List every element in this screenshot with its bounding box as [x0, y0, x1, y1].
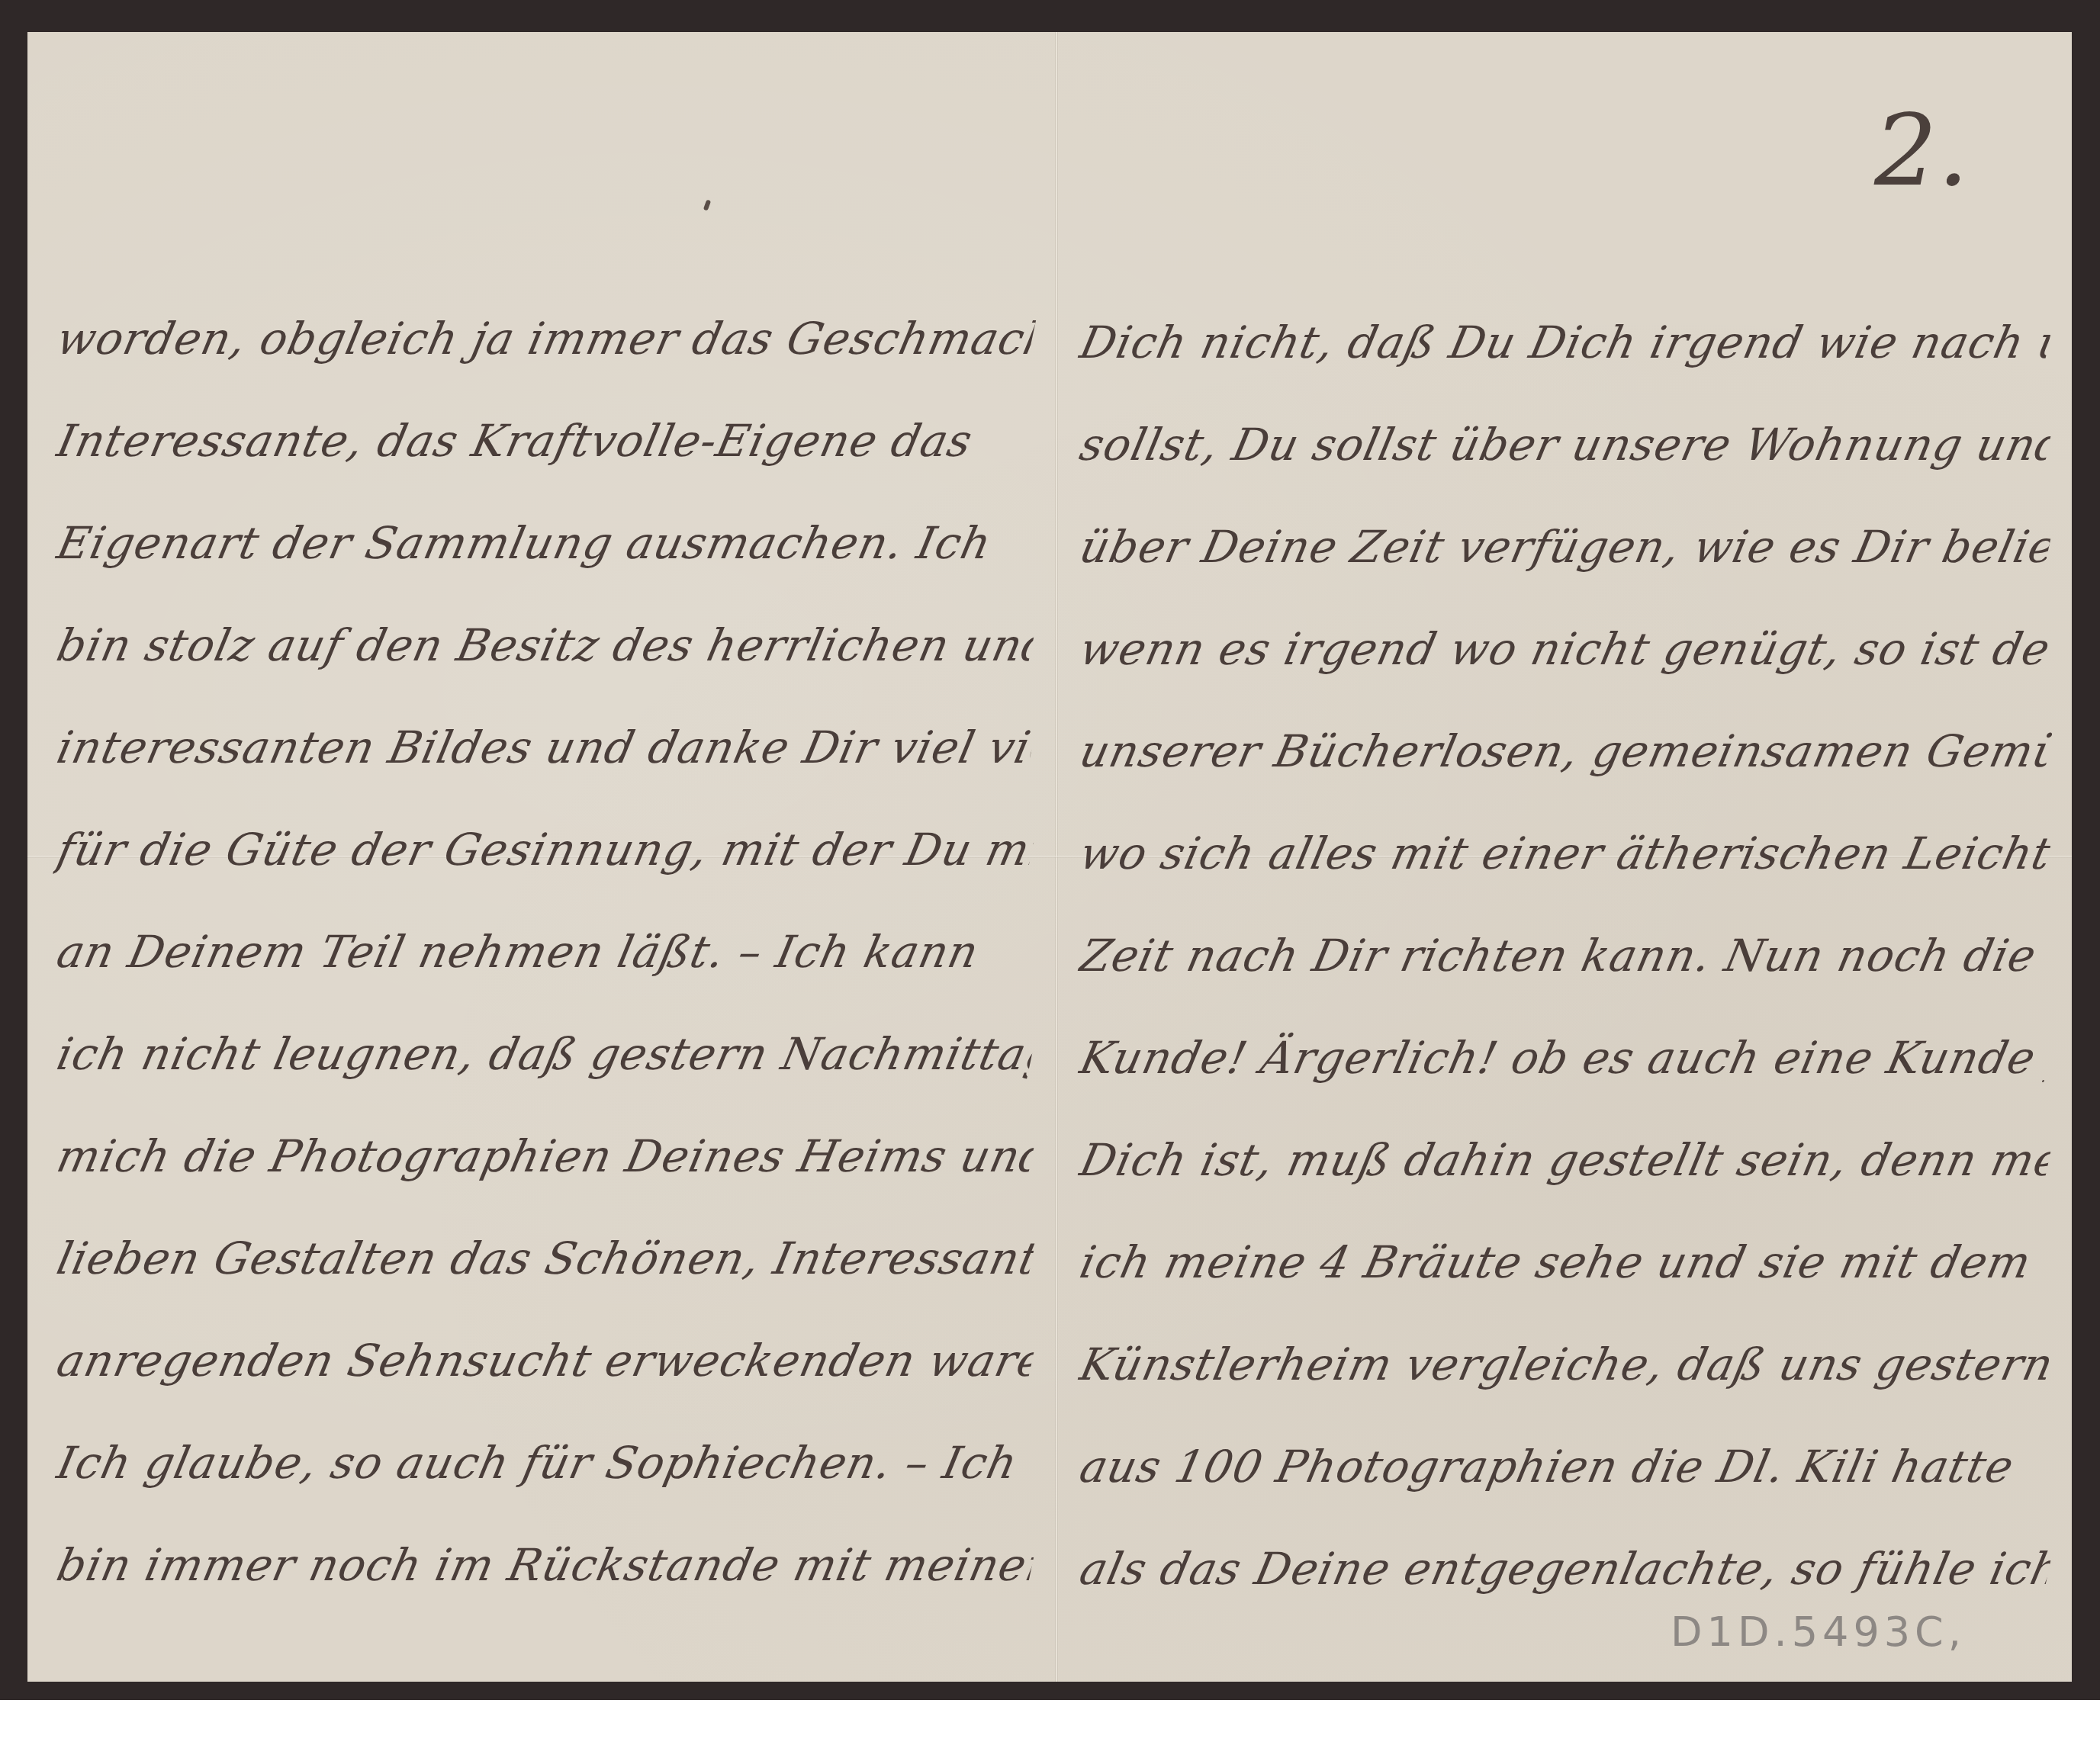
handwritten-line: Ich glaube, so auch für Sophiechen. – Ic…: [47, 1412, 1043, 1514]
handwritten-line: Interessante, das Kraftvolle-Eigene das: [47, 390, 1043, 492]
right-page-text: Dich nicht, daß Du Dich irgend wie nach …: [1081, 291, 2049, 1620]
handwritten-line: Dich ist, muß dahin gestellt sein, denn …: [1070, 1109, 2060, 1211]
handwritten-line: bin immer noch im Rückstande mit meinem: [47, 1514, 1043, 1616]
handwritten-line: Kunde! Ärgerlich! ob es auch eine Kunde …: [1070, 1007, 2060, 1109]
handwritten-line: mich die Photographien Deines Heims und …: [47, 1105, 1043, 1207]
handwritten-line: als das Deine entgegenlachte, so fühle i…: [1070, 1518, 2060, 1620]
handwritten-line: wenn es irgend wo nicht genügt, so ist d…: [1070, 598, 2060, 700]
handwritten-line: bin stolz auf den Besitz des herrlichen …: [47, 594, 1043, 696]
left-page: worden, obgleich ja immer das Geschmackv…: [27, 32, 1055, 1682]
letter-sheet: worden, obgleich ja immer das Geschmackv…: [27, 32, 2072, 1682]
handwritten-line: sollst, Du sollst über unsere Wohnung un…: [1070, 394, 2060, 496]
handwritten-line: Künstlerheim vergleiche, daß uns gestern: [1070, 1313, 2060, 1416]
page-number: 2.: [1874, 101, 1969, 200]
handwritten-line: anregenden Sehnsucht erweckenden waren!: [47, 1310, 1043, 1412]
left-page-text: worden, obgleich ja immer das Geschmackv…: [58, 288, 1032, 1616]
handwritten-line: aus 100 Photographien die Dl. Kili hatte: [1070, 1416, 2060, 1518]
handwritten-line: lieben Gestalten das Schönen, Interessan…: [47, 1207, 1043, 1310]
handwritten-line: ich nicht leugnen, daß gestern Nachmitta…: [47, 1003, 1043, 1105]
handwritten-line: an Deinem Teil nehmen läßt. – Ich kann: [47, 901, 1043, 1003]
right-page: 2. Dich nicht, daß Du Dich irgend wie na…: [1058, 32, 2072, 1682]
handwritten-line: über Deine Zeit verfügen, wie es Dir bel…: [1070, 496, 2060, 598]
handwritten-line: Eigenart der Sammlung ausmachen. Ich: [47, 492, 1043, 594]
handwritten-line: Zeit nach Dir richten kann. Nun noch die: [1070, 905, 2060, 1007]
handwritten-line: interessanten Bildes und danke Dir viel …: [47, 696, 1043, 799]
handwritten-line: wo sich alles mit einer ätherischen Leic…: [1070, 802, 2060, 905]
handwritten-line: ich meine 4 Bräute sehe und sie mit dem: [1070, 1211, 2060, 1313]
handwritten-line: unserer Bücherlosen, gemeinsamen Gemütli…: [1070, 700, 2060, 802]
handwritten-line: für die Güte der Gesinnung, mit der Du m…: [47, 799, 1043, 901]
archive-signature: D1D.5493C,: [1671, 1608, 1966, 1656]
handwritten-line: Dich nicht, daß Du Dich irgend wie nach …: [1070, 291, 2060, 394]
handwritten-line: worden, obgleich ja immer das Geschmackv…: [47, 288, 1043, 390]
